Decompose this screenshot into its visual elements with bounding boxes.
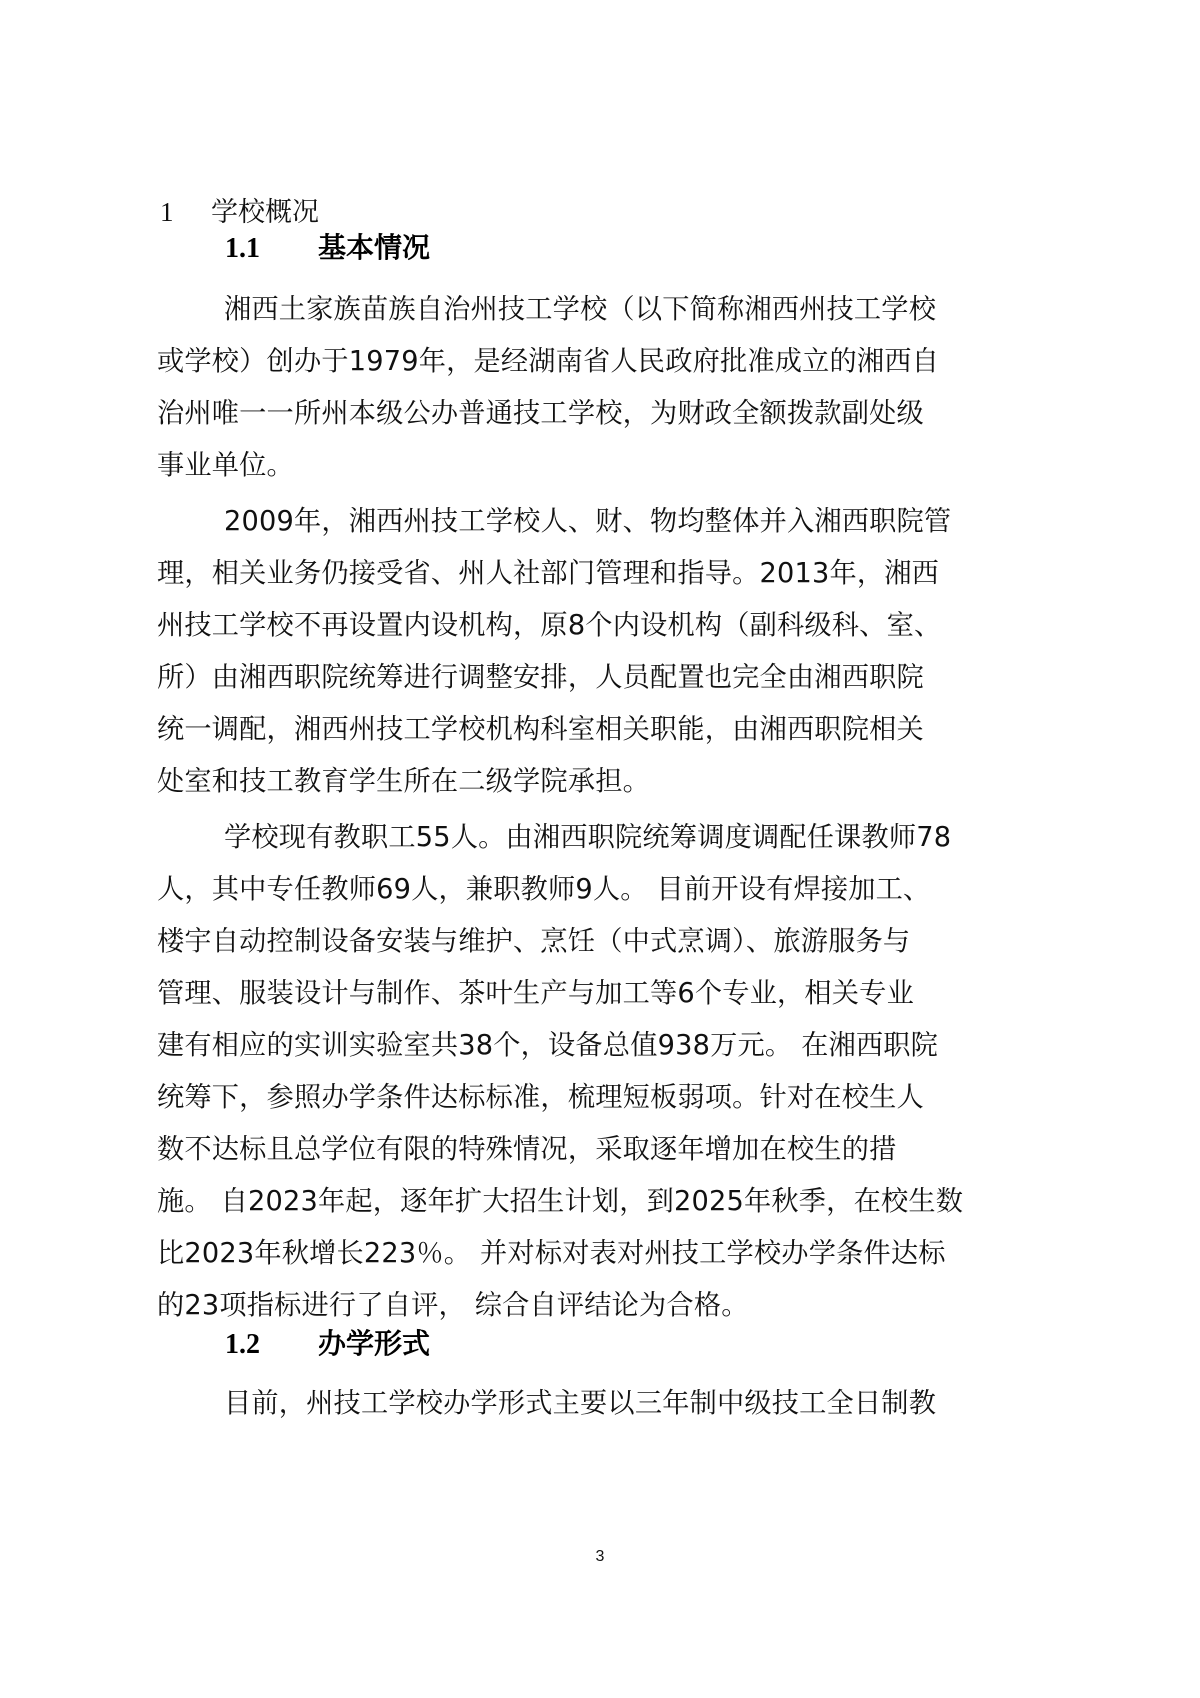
section-number: 1 (160, 190, 211, 234)
page-number: 3 (0, 1548, 1200, 1566)
paragraph-line: 学校现有教职工55人。由湘西职院统筹调度调配任课教师78 (224, 816, 951, 860)
paragraph-line: 数不达标且总学位有限的特殊情况，采取逐年增加在校生的措 (157, 1128, 896, 1172)
paragraph-line: 理，相关业务仍接受省、州人社部门管理和指导。2013年，湘西 (157, 552, 939, 596)
subsection-title: 办学形式 (318, 1327, 430, 1360)
subsection-title: 基本情况 (318, 231, 430, 264)
paragraph-line: 所）由湘西职院统筹进行调整安排，人员配置也完全由湘西职院 (157, 656, 924, 700)
paragraph-line: 施。 自2023年起，逐年扩大招生计划，到2025年秋季，在校生数 (157, 1180, 963, 1224)
subsection-heading-basic-info: 1.1基本情况 (225, 226, 430, 270)
paragraph-line: 统筹下，参照办学条件达标标准，梳理短板弱项。针对在校生人 (157, 1076, 924, 1120)
subsection-heading-school-format: 1.2办学形式 (225, 1322, 430, 1366)
paragraph-line: 湘西土家族苗族自治州技工学校（以下简称湘西州技工学校 (224, 288, 936, 332)
paragraph-line: 管理、服装设计与制作、茶叶生产与加工等6个专业，相关专业 (157, 972, 914, 1016)
paragraph-line: 统一调配，湘西州技工学校机构科室相关职能，由湘西职院相关 (157, 708, 924, 752)
paragraph-line: 建有相应的实训实验室共38个，设备总值938万元。 在湘西职院 (157, 1024, 938, 1068)
paragraph-line: 或学校）创办于1979年，是经湖南省人民政府批准成立的湘西自 (157, 340, 939, 384)
paragraph-line: 人，其中专任教师69人，兼职教师9人。 目前开设有焊接加工、 (157, 868, 930, 912)
document-page: 1学校概况 1.1基本情况 湘西土家族苗族自治州技工学校（以下简称湘西州技工学校… (0, 0, 1200, 1698)
paragraph-line: 比2023年秋增长223％。 并对标对表对州技工学校办学条件达标 (157, 1232, 946, 1276)
paragraph-line: 目前，州技工学校办学形式主要以三年制中级技工全日制教 (224, 1382, 936, 1426)
paragraph-line: 2009年，湘西州技工学校人、财、物均整体并入湘西职院管 (224, 500, 951, 544)
paragraph-line: 治州唯一一所州本级公办普通技工学校，为财政全额拨款副处级 (157, 392, 924, 436)
section-title: 学校概况 (211, 197, 319, 228)
paragraph-line: 州技工学校不再设置内设机构，原8个内设机构（副科级科、室、 (157, 604, 941, 648)
subsection-number: 1.2 (225, 1323, 318, 1367)
paragraph-line: 楼宇自动控制设备安装与维护、烹饪（中式烹调）、旅游服务与 (157, 920, 910, 964)
subsection-number: 1.1 (225, 227, 318, 271)
paragraph-line: 处室和技工教育学生所在二级学院承担。 (157, 760, 650, 804)
paragraph-line: 事业单位。 (157, 444, 294, 488)
